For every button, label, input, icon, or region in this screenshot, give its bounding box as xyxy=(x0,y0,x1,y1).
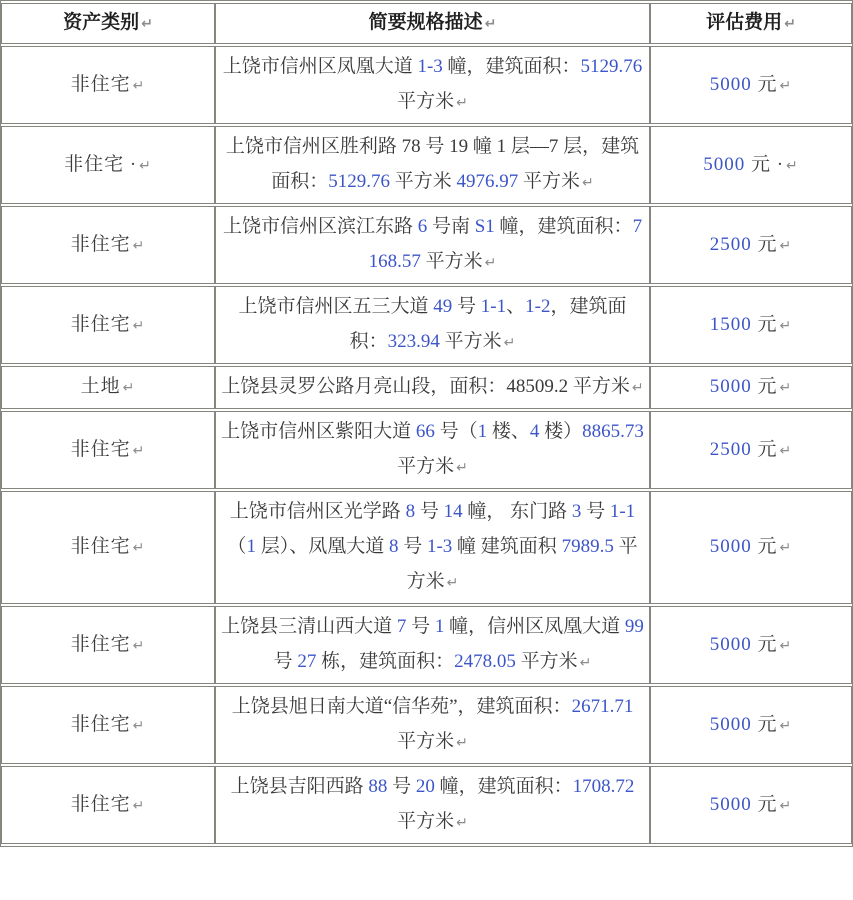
number-text: 1500 xyxy=(710,314,752,335)
paragraph-mark: ↵ xyxy=(778,638,793,654)
table-row: 非住宅↵上饶市信州区紫阳大道 66 号（1 楼、4 楼）8865.73 平方米↵… xyxy=(1,411,852,489)
paragraph-mark: ↵ xyxy=(131,638,146,654)
number-text: 99 xyxy=(625,616,644,637)
description-cell: 上饶市信州区滨江东路 6 号南 S1 幢，建筑面积：7168.57 平方米↵ xyxy=(215,206,650,284)
number-text: 1-3 xyxy=(427,536,452,557)
text: 楼） xyxy=(539,421,582,442)
number-text: 5129.76 xyxy=(581,56,643,77)
number-text: 1-3 xyxy=(417,56,442,77)
text: 元 xyxy=(752,314,778,335)
category-cell: 非住宅↵ xyxy=(1,411,215,489)
number-text: 6 xyxy=(418,216,428,237)
table-row: 非住宅↵上饶市信州区五三大道 49 号 1-1、1-2，建筑面积：323.94 … xyxy=(1,286,852,364)
text: 上饶市信州区五三大道 xyxy=(239,296,434,317)
text: 非住宅 xyxy=(71,234,131,255)
text: 元 xyxy=(752,794,778,815)
text: 号 xyxy=(406,616,435,637)
number-text: 88 xyxy=(368,776,387,797)
header-assessment-fee: 评估费用↵ xyxy=(650,3,852,44)
number-text: S1 xyxy=(475,216,495,237)
number-text: 5129.76 xyxy=(328,171,390,192)
text: 平方米 xyxy=(390,171,457,192)
fee-cell: 5000 元↵ xyxy=(650,766,852,844)
number-text: 66 xyxy=(416,421,435,442)
description-cell: 上饶县旭日南大道“信华苑”，建筑面积：2671.71 平方米↵ xyxy=(215,686,650,764)
description-cell: 上饶县三清山西大道 7 号 1 幢，信州区凤凰大道 99 号 27 栋，建筑面积… xyxy=(215,606,650,684)
text: 幢，建筑面积： xyxy=(495,216,633,237)
description-cell: 上饶市信州区五三大道 49 号 1-1、1-2，建筑面积：323.94 平方米↵ xyxy=(215,286,650,364)
text: 号 xyxy=(581,501,610,522)
text: 元 · xyxy=(745,154,784,175)
header-label: 评估费用 xyxy=(706,12,782,33)
text: 元 xyxy=(752,536,778,557)
paragraph-mark: ↵ xyxy=(454,815,468,831)
text: 上饶县灵罗公路月亮山段，面积：48509.2 平方米 xyxy=(221,376,630,397)
paragraph-mark: ↵ xyxy=(778,798,793,814)
paragraph-mark: ↵ xyxy=(454,460,468,476)
text: 号 xyxy=(387,776,416,797)
number-text: 5000 xyxy=(710,376,752,397)
category-cell: 土地↵ xyxy=(1,366,215,409)
text: 号（ xyxy=(435,421,478,442)
number-text: 8 xyxy=(406,501,416,522)
paragraph-mark: ↵ xyxy=(778,238,793,254)
number-text: 20 xyxy=(416,776,435,797)
description-cell: 上饶市信州区紫阳大道 66 号（1 楼、4 楼）8865.73 平方米↵ xyxy=(215,411,650,489)
number-text: 2500 xyxy=(710,234,752,255)
number-text: 4976.97 xyxy=(457,171,519,192)
number-text: 1-1 xyxy=(610,501,635,522)
document-page: 资产类别↵ 简要规格描述↵ 评估费用↵ 非住宅↵上饶市信州区凤凰大道 1-3 幢… xyxy=(0,0,853,900)
number-text: 5000 xyxy=(710,634,752,655)
paragraph-mark: ↵ xyxy=(778,443,793,459)
text: 号 xyxy=(452,296,481,317)
paragraph-mark: ↵ xyxy=(778,380,793,396)
category-cell: 非住宅↵ xyxy=(1,491,215,604)
paragraph-mark: ↵ xyxy=(131,718,146,734)
fee-cell: 5000 元 ·↵ xyxy=(650,126,852,204)
text: 平方米 xyxy=(397,91,454,112)
paragraph-mark: ↵ xyxy=(137,158,152,174)
table-row: 非住宅↵上饶市信州区光学路 8 号 14 幢， 东门路 3 号 1-1（1 层）… xyxy=(1,491,852,604)
paragraph-mark: ↵ xyxy=(131,238,146,254)
paragraph-mark: ↵ xyxy=(139,16,153,32)
text: 上饶市信州区凤凰大道 xyxy=(223,56,418,77)
fee-cell: 5000 元↵ xyxy=(650,686,852,764)
paragraph-mark: ↵ xyxy=(131,318,146,334)
category-cell: 非住宅↵ xyxy=(1,766,215,844)
category-cell: 非住宅 ·↵ xyxy=(1,126,215,204)
number-text: 4 xyxy=(530,421,540,442)
text: 元 xyxy=(752,74,778,95)
table-row: 非住宅 ·↵上饶市信州区胜利路 78 号 19 幢 1 层—7 层，建筑面积：5… xyxy=(1,126,852,204)
paragraph-mark: ↵ xyxy=(778,540,793,556)
header-label: 资产类别 xyxy=(63,12,139,33)
text: 幢， 东门路 xyxy=(463,501,572,522)
text: 上饶市信州区光学路 xyxy=(230,501,406,522)
number-text: 14 xyxy=(444,501,463,522)
text: 上饶市信州区紫阳大道 xyxy=(221,421,416,442)
table-row: 非住宅↵上饶县吉阳西路 88 号 20 幢，建筑面积：1708.72 平方米↵5… xyxy=(1,766,852,844)
header-asset-category: 资产类别↵ xyxy=(1,3,215,44)
number-text: 1 xyxy=(435,616,445,637)
number-text: 1 xyxy=(246,536,256,557)
number-text: 49 xyxy=(433,296,452,317)
text: 层）、凤凰大道 xyxy=(256,536,389,557)
description-cell: 上饶市信州区凤凰大道 1-3 幢，建筑面积：5129.76 平方米↵ xyxy=(215,46,650,124)
category-cell: 非住宅↵ xyxy=(1,606,215,684)
text: 非住宅 · xyxy=(64,154,137,175)
number-text: 1708.72 xyxy=(573,776,635,797)
paragraph-mark: ↵ xyxy=(454,735,468,751)
text: 上饶县吉阳西路 xyxy=(231,776,369,797)
text: 平方米 xyxy=(421,251,483,272)
paragraph-mark: ↵ xyxy=(483,16,497,32)
table-body: 非住宅↵上饶市信州区凤凰大道 1-3 幢，建筑面积：5129.76 平方米↵50… xyxy=(1,46,852,844)
text: 非住宅 xyxy=(71,794,131,815)
text: 非住宅 xyxy=(71,74,131,95)
description-cell: 上饶县灵罗公路月亮山段，面积：48509.2 平方米↵ xyxy=(215,366,650,409)
paragraph-mark: ↵ xyxy=(131,540,146,556)
number-text: 5000 xyxy=(703,154,745,175)
text: 非住宅 xyxy=(71,714,131,735)
text: 元 xyxy=(752,376,778,397)
number-text: 1 xyxy=(478,421,488,442)
text: 号 xyxy=(398,536,427,557)
number-text: 323.94 xyxy=(388,331,440,352)
paragraph-mark: ↵ xyxy=(580,175,594,191)
text: 号 xyxy=(415,501,444,522)
fee-cell: 2500 元↵ xyxy=(650,206,852,284)
paragraph-mark: ↵ xyxy=(131,443,146,459)
number-text: 5000 xyxy=(710,714,752,735)
category-cell: 非住宅↵ xyxy=(1,286,215,364)
text: 平方米 xyxy=(397,456,454,477)
text: 栋，建筑面积： xyxy=(316,651,454,672)
paragraph-mark: ↵ xyxy=(131,798,146,814)
text: 平方米 xyxy=(397,811,454,832)
table-row: 非住宅↵上饶市信州区凤凰大道 1-3 幢，建筑面积：5129.76 平方米↵50… xyxy=(1,46,852,124)
paragraph-mark: ↵ xyxy=(784,158,799,174)
category-cell: 非住宅↵ xyxy=(1,686,215,764)
paragraph-mark: ↵ xyxy=(502,335,516,351)
paragraph-mark: ↵ xyxy=(578,655,592,671)
text: 元 xyxy=(752,234,778,255)
paragraph-mark: ↵ xyxy=(445,575,459,591)
fee-cell: 5000 元↵ xyxy=(650,46,852,124)
number-text: 1-1 xyxy=(481,296,506,317)
text: 元 xyxy=(752,439,778,460)
table-row: 非住宅↵上饶市信州区滨江东路 6 号南 S1 幢，建筑面积：7168.57 平方… xyxy=(1,206,852,284)
text: 号南 xyxy=(427,216,475,237)
number-text: 3 xyxy=(572,501,582,522)
fee-cell: 5000 元↵ xyxy=(650,491,852,604)
text: 上饶县旭日南大道“信华苑”，建筑面积： xyxy=(232,696,572,717)
category-cell: 非住宅↵ xyxy=(1,46,215,124)
assessment-fee-table: 资产类别↵ 简要规格描述↵ 评估费用↵ 非住宅↵上饶市信州区凤凰大道 1-3 幢… xyxy=(0,0,853,847)
category-cell: 非住宅↵ xyxy=(1,206,215,284)
paragraph-mark: ↵ xyxy=(778,78,793,94)
text: 平方米 xyxy=(397,731,454,752)
paragraph-mark: ↵ xyxy=(782,16,796,32)
paragraph-mark: ↵ xyxy=(630,380,644,396)
paragraph-mark: ↵ xyxy=(121,380,136,396)
header-spec-description: 简要规格描述↵ xyxy=(215,3,650,44)
text: 号 xyxy=(274,651,298,672)
text: 幢，建筑面积： xyxy=(443,56,581,77)
number-text: 2671.71 xyxy=(572,696,634,717)
description-cell: 上饶市信州区胜利路 78 号 19 幢 1 层—7 层，建筑面积：5129.76… xyxy=(215,126,650,204)
number-text: 5000 xyxy=(710,536,752,557)
number-text: 5000 xyxy=(710,74,752,95)
paragraph-mark: ↵ xyxy=(131,78,146,94)
number-text: 1-2 xyxy=(525,296,550,317)
paragraph-mark: ↵ xyxy=(778,718,793,734)
number-text: 2500 xyxy=(710,439,752,460)
fee-cell: 5000 元↵ xyxy=(650,606,852,684)
number-text: 27 xyxy=(297,651,316,672)
number-text: 5000 xyxy=(710,794,752,815)
text: 平方米 xyxy=(516,651,578,672)
description-cell: 上饶市信州区光学路 8 号 14 幢， 东门路 3 号 1-1（1 层）、凤凰大… xyxy=(215,491,650,604)
text: 楼、 xyxy=(487,421,530,442)
text: 幢 建筑面积 xyxy=(452,536,561,557)
text: 元 xyxy=(752,714,778,735)
text: 平方米 xyxy=(518,171,580,192)
number-text: 7 xyxy=(397,616,407,637)
text: 土地 xyxy=(81,376,121,397)
text: 非住宅 xyxy=(71,314,131,335)
text: 非住宅 xyxy=(71,634,131,655)
description-cell: 上饶县吉阳西路 88 号 20 幢，建筑面积：1708.72 平方米↵ xyxy=(215,766,650,844)
text: 、 xyxy=(506,296,525,317)
number-text: 7989.5 xyxy=(562,536,614,557)
text: （ xyxy=(227,536,246,557)
text: 上饶县三清山西大道 xyxy=(221,616,397,637)
text: 幢，建筑面积： xyxy=(435,776,573,797)
paragraph-mark: ↵ xyxy=(454,95,468,111)
paragraph-mark: ↵ xyxy=(778,318,793,334)
text: 平方米 xyxy=(440,331,502,352)
number-text: 2478.05 xyxy=(454,651,516,672)
text: 元 xyxy=(752,634,778,655)
paragraph-mark: ↵ xyxy=(483,255,497,271)
text: 幢，信州区凤凰大道 xyxy=(444,616,625,637)
header-label: 简要规格描述 xyxy=(369,12,483,33)
table-row: 非住宅↵上饶县旭日南大道“信华苑”，建筑面积：2671.71 平方米↵5000 … xyxy=(1,686,852,764)
text: 非住宅 xyxy=(71,439,131,460)
fee-cell: 1500 元↵ xyxy=(650,286,852,364)
table-row: 土地↵上饶县灵罗公路月亮山段，面积：48509.2 平方米↵5000 元↵ xyxy=(1,366,852,409)
fee-cell: 5000 元↵ xyxy=(650,366,852,409)
number-text: 8865.73 xyxy=(582,421,644,442)
text: 非住宅 xyxy=(71,536,131,557)
fee-cell: 2500 元↵ xyxy=(650,411,852,489)
table-row: 非住宅↵上饶县三清山西大道 7 号 1 幢，信州区凤凰大道 99 号 27 栋，… xyxy=(1,606,852,684)
text: 上饶市信州区滨江东路 xyxy=(223,216,418,237)
table-header-row: 资产类别↵ 简要规格描述↵ 评估费用↵ xyxy=(1,3,852,44)
